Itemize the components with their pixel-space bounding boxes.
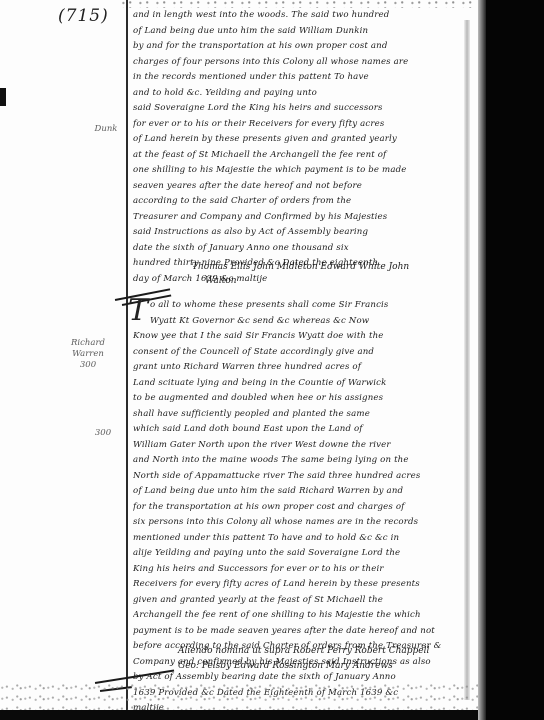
entry-2-body: o all to whome these presents shall come…: [150, 298, 466, 329]
drop-cap: T: [128, 296, 148, 326]
text-line: to be augmented and doubled when hee or …: [133, 391, 465, 407]
text-line: shall have sufficiently peopled and plan…: [133, 407, 465, 423]
text-line: mentioned under this pattent To have and…: [133, 531, 465, 547]
witness-line: Geo: Pelsby Edward Rossington Mary Andre…: [178, 659, 393, 674]
scan-border-bottom: [0, 710, 544, 720]
text-line: Land scituate lying and being in the Cou…: [133, 376, 465, 392]
witness-line: Walton: [205, 274, 237, 289]
text-line: King his heirs and Successors for ever o…: [133, 562, 465, 578]
text-line: grant unto Richard Warren three hundred …: [133, 360, 465, 376]
text-line: date the sixth of January Anno one thous…: [133, 241, 465, 257]
text-line: which said Land doth bound East upon the…: [133, 422, 465, 438]
text-line: seaven yeares after the date hereof and …: [133, 179, 465, 195]
text-line: and to hold &c. Yeilding and paying unto: [133, 86, 465, 102]
scanned-document-page: (715) Dunk and in length west into the w…: [0, 0, 544, 720]
text-line: Know yee that I the said Sir Francis Wya…: [133, 329, 465, 345]
text-line: of Land being due unto him the said Rich…: [133, 484, 465, 500]
text-line: o all to whome these presents shall come…: [150, 298, 466, 314]
text-line: North side of Appamattucke river The sai…: [133, 469, 465, 485]
text-line: Receivers for every fifty acres of Land …: [133, 577, 465, 593]
margin-note-acreage-2: 300: [88, 428, 118, 439]
text-line: and in length west into the woods. The s…: [133, 8, 465, 24]
witness-line: Thomas Ellis John Midleton Edward White …: [192, 260, 409, 275]
scan-noise-bottom: [0, 680, 480, 712]
text-line: one shilling to his Majestie the which p…: [133, 163, 465, 179]
text-line: of Land herein by these presents given a…: [133, 132, 465, 148]
scan-border-right: [478, 0, 544, 720]
margin-note-surname: Warren: [58, 349, 118, 360]
text-line: said Instructions as also by Act of Asse…: [133, 225, 465, 241]
scan-noise-top: [120, 0, 480, 8]
margin-note-acreage: 300: [58, 360, 118, 371]
text-line: in the records mentioned under this patt…: [133, 70, 465, 86]
scan-edge-mark: [0, 88, 6, 106]
text-line: payment is to be made seaven yeares afte…: [133, 624, 465, 640]
text-line: six persons into this Colony all whose n…: [133, 515, 465, 531]
text-line: Wyatt Kt Governor &c send &c whereas &c …: [150, 314, 466, 330]
witness-line: Aliendo nomina ut supra Robert Perry Rob…: [178, 644, 429, 659]
text-line: charges of four persons into this Colony…: [133, 55, 465, 71]
text-line: of Land being due unto him the said Will…: [133, 24, 465, 40]
text-line: said Soveraigne Lord the King his heirs …: [133, 101, 465, 117]
margin-note-entry-1: Dunk: [88, 124, 124, 135]
text-line: William Gater North upon the river West …: [133, 438, 465, 454]
text-line: Treasurer and Company and Confirmed by h…: [133, 210, 465, 226]
text-line: given and granted yearly at the feast of…: [133, 593, 465, 609]
text-line: consent of the Councell of State accordi…: [133, 345, 465, 361]
page-number: (715): [58, 6, 109, 26]
text-line: alije Yeilding and paying unto the said …: [133, 546, 465, 562]
text-line: according to the said Charter of orders …: [133, 194, 465, 210]
left-margin-rule: [126, 0, 128, 712]
text-line: and North into the maine woods The same …: [133, 453, 465, 469]
text-line: Archangell the fee rent of one shilling …: [133, 608, 465, 624]
text-line: for the transportation at his own proper…: [133, 500, 465, 516]
text-line: by and for the transportation at his own…: [133, 39, 465, 55]
margin-note-name: Richard: [58, 338, 118, 349]
entry-1-body: and in length west into the woods. The s…: [133, 8, 465, 287]
text-line: at the feast of St Michaell the Archange…: [133, 148, 465, 164]
text-line: for ever or to his or their Receivers fo…: [133, 117, 465, 133]
margin-note-entry-2: Richard Warren 300: [58, 338, 118, 371]
